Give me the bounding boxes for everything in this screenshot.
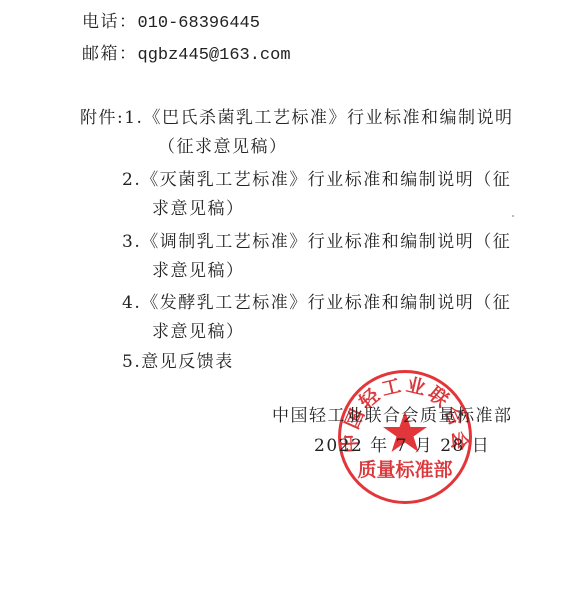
- attachment-number: 1.: [124, 108, 143, 128]
- attachment-title: 《灭菌乳工艺标准》行业标准和编制说明（征: [141, 170, 511, 190]
- attachment-item-2: 2.《灭菌乳工艺标准》行业标准和编制说明（征: [122, 170, 511, 190]
- phone-label: 电话：: [82, 12, 138, 32]
- attachment-item-2-cont: 求意见稿）: [152, 199, 245, 219]
- attachment-number: 2.: [122, 170, 141, 190]
- seal-bottom-text: 质量标准部: [341, 455, 469, 482]
- phone-line: 电话：010-68396445: [82, 12, 260, 34]
- signature-organization: 中国轻工业联合会质量标准部: [272, 406, 513, 426]
- attachment-title-cont: （征求意见稿）: [158, 137, 288, 157]
- attachment-number: 4.: [122, 293, 141, 313]
- attachments-label: 附件:: [80, 108, 124, 128]
- attachment-title: 《调制乳工艺标准》行业标准和编制说明（征: [141, 232, 511, 252]
- attachment-item-1-cont: （征求意见稿）: [158, 137, 288, 157]
- attachment-item-3: 3.《调制乳工艺标准》行业标准和编制说明（征: [122, 232, 511, 252]
- attachment-title-cont: 求意见稿）: [152, 261, 245, 281]
- email-value: qgbz445@163.com: [138, 46, 291, 65]
- attachment-number: 5.: [122, 352, 141, 372]
- attachment-item-1: 附件:1.《巴氏杀菌乳工艺标准》行业标准和编制说明: [80, 108, 513, 128]
- attachment-title: 意见反馈表: [141, 352, 234, 372]
- signature-date: 2022 年 7 月 28 日: [314, 436, 490, 456]
- email-line: 邮箱：qgbz445@163.com: [82, 44, 291, 66]
- attachment-title: 《巴氏杀菌乳工艺标准》行业标准和编制说明: [143, 108, 513, 128]
- attachment-item-5: 5.意见反馈表: [122, 352, 234, 372]
- attachment-item-3-cont: 求意见稿）: [152, 261, 245, 281]
- attachment-title: 《发酵乳工艺标准》行业标准和编制说明（征: [141, 293, 511, 313]
- attachment-item-4-cont: 求意见稿）: [152, 322, 245, 342]
- email-label: 邮箱：: [82, 44, 138, 64]
- phone-value: 010-68396445: [138, 14, 260, 33]
- scan-speck: [512, 215, 514, 217]
- attachment-title-cont: 求意见稿）: [152, 322, 245, 342]
- attachment-title-cont: 求意见稿）: [152, 199, 245, 219]
- attachment-item-4: 4.《发酵乳工艺标准》行业标准和编制说明（征: [122, 293, 511, 313]
- attachment-number: 3.: [122, 232, 141, 252]
